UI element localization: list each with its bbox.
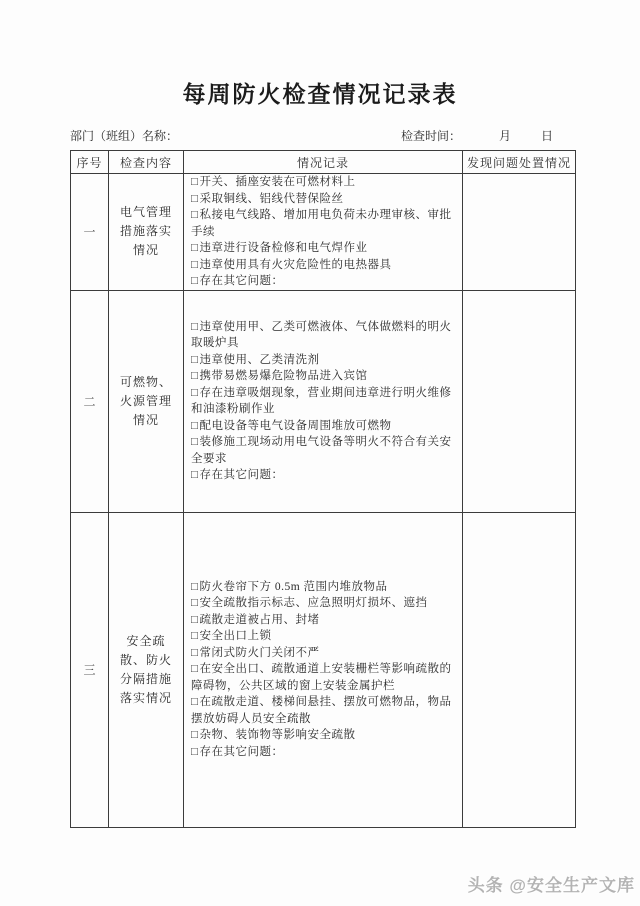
table-header: 序号检查内容情况记录发现问题处置情况 (71, 151, 576, 174)
table-row: 二可燃物、火源管理情况□违章使用甲、乙类可燃液体、气体做燃料的明火取暖炉具□违章… (71, 290, 576, 512)
category-cell: 安全疏散、防火分隔措施落实情况 (109, 512, 184, 827)
department-name-label: 部门（班组）名称： (70, 127, 178, 144)
form-meta-row: 部门（班组）名称： 检查时间： 月 日 (70, 127, 575, 144)
checklist-item: □违章使用具有火灾危险性的电热器具 (191, 257, 456, 274)
disposition-cell (463, 290, 576, 512)
checkbox-icon[interactable]: □ (191, 420, 198, 432)
checklist-item: □携带易燃易爆危险物品进入宾馆 (191, 368, 456, 385)
category-cell: 可燃物、火源管理情况 (109, 290, 184, 512)
checklist-item: □防火卷帘下方 0.5m 范围内堆放物品 (191, 579, 456, 596)
checklist-item: □在疏散走道、楼梯间悬挂、摆放可燃物品，物品摆放妨碍人员安全疏散 (191, 694, 456, 727)
inspection-time-label: 检查时间： (401, 127, 461, 144)
inspection-time-group: 检查时间： 月 日 (401, 127, 575, 144)
table-row: 一电气管理措施落实情况□开关、插座安装在可燃材料上□采取铜线、铝线代替保险丝□私… (71, 174, 576, 291)
checkbox-icon[interactable]: □ (191, 321, 198, 333)
checkbox-icon[interactable]: □ (191, 209, 198, 221)
disposition-cell (463, 174, 576, 291)
checklist-item-text: 采取铜线、铝线代替保险丝 (199, 193, 343, 205)
checklist-item-text: 违章进行设备检修和电气焊作业 (199, 242, 367, 254)
checklist-item: □存在违章吸烟现象，营业期间违章进行明火维修和油漆粉刷作业 (191, 385, 456, 418)
checklist-item-text: 违章使用甲、乙类可燃液体、气体做燃料的明火取暖炉具 (191, 321, 451, 350)
checklist-item-text: 常闭式防火门关闭不严 (199, 647, 319, 659)
column-header-3: 发现问题处置情况 (463, 151, 576, 174)
checkbox-icon[interactable]: □ (191, 259, 198, 271)
checklist-item-text: 携带易燃易爆危险物品进入宾馆 (199, 370, 367, 382)
column-header-1: 检查内容 (109, 151, 184, 174)
checklist-item-text: 在安全出口、疏散通道上安装栅栏等影响疏散的障碍物，公共区域的窗上安装金属护栏 (191, 663, 451, 692)
checklist-item: □开关、插座安装在可燃材料上 (191, 174, 456, 191)
checklist-item-text: 违章使用、乙类清洗剂 (199, 354, 319, 366)
checklist-item: □违章使用甲、乙类可燃液体、气体做燃料的明火取暖炉具 (191, 319, 456, 352)
checkbox-icon[interactable]: □ (191, 630, 198, 642)
checkbox-icon[interactable]: □ (191, 242, 198, 254)
checkbox-icon[interactable]: □ (191, 275, 198, 287)
record-cell: □违章使用甲、乙类可燃液体、气体做燃料的明火取暖炉具□违章使用、乙类清洗剂□携带… (184, 290, 463, 512)
checklist-item-text: 存在其它问题： (199, 746, 283, 758)
table-row: 三安全疏散、防火分隔措施落实情况□防火卷帘下方 0.5m 范围内堆放物品□安全疏… (71, 512, 576, 827)
checklist-item: □存在其它问题： (191, 467, 456, 484)
checklist-item-text: 违章使用具有火灾危险性的电热器具 (199, 259, 391, 271)
checklist-item: □安全出口上锁 (191, 628, 456, 645)
checkbox-icon[interactable]: □ (191, 387, 198, 399)
record-cell: □开关、插座安装在可燃材料上□采取铜线、铝线代替保险丝□私接电气线路、增加用电负… (184, 174, 463, 291)
checklist-item: □采取铜线、铝线代替保险丝 (191, 191, 456, 208)
column-header-2: 情况记录 (184, 151, 463, 174)
disposition-cell (463, 512, 576, 827)
checklist-item: □常闭式防火门关闭不严 (191, 645, 456, 662)
checklist-item-text: 装修施工现场动用电气设备等明火不符合有关安全要求 (191, 436, 451, 465)
checklist-item: □疏散走道被占用、封堵 (191, 612, 456, 629)
day-label: 日 (541, 127, 553, 144)
checklist-item-text: 存在其它问题： (199, 469, 283, 481)
page-title: 每周防火检查情况记录表 (0, 76, 640, 109)
checkbox-icon[interactable]: □ (191, 647, 198, 659)
checklist-item-text: 存在其它问题： (199, 275, 283, 287)
checklist-item: □在安全出口、疏散通道上安装栅栏等影响疏散的障碍物，公共区域的窗上安装金属护栏 (191, 661, 456, 694)
checklist-item-text: 安全疏散指示标志、应急照明灯损坏、遮挡 (199, 597, 427, 609)
checkbox-icon[interactable]: □ (191, 746, 198, 758)
checkbox-icon[interactable]: □ (191, 354, 198, 366)
checklist-item-text: 开关、插座安装在可燃材料上 (199, 176, 355, 188)
checkbox-icon[interactable]: □ (191, 597, 198, 609)
checklist-item-text: 安全出口上锁 (199, 630, 271, 642)
checklist-item-text: 在疏散走道、楼梯间悬挂、摆放可燃物品，物品摆放妨碍人员安全疏散 (191, 696, 451, 725)
watermark-text: 头条 @安全生产文库 (468, 871, 635, 896)
checkbox-icon[interactable]: □ (191, 193, 198, 205)
inspection-table: 序号检查内容情况记录发现问题处置情况 一电气管理措施落实情况□开关、插座安装在可… (70, 150, 576, 828)
checklist-item-text: 杂物、装饰物等影响安全疏散 (199, 729, 355, 741)
checklist-item: □杂物、装饰物等影响安全疏散 (191, 727, 456, 744)
row-index: 三 (71, 512, 109, 827)
checkbox-icon[interactable]: □ (191, 436, 198, 448)
row-index: 二 (71, 290, 109, 512)
checkbox-icon[interactable]: □ (191, 696, 198, 708)
checklist-item: □存在其它问题： (191, 744, 456, 761)
table-body: 一电气管理措施落实情况□开关、插座安装在可燃材料上□采取铜线、铝线代替保险丝□私… (71, 174, 576, 828)
document-page: 每周防火检查情况记录表 部门（班组）名称： 检查时间： 月 日 序号检查内容情况… (0, 0, 640, 906)
checkbox-icon[interactable]: □ (191, 469, 198, 481)
checkbox-icon[interactable]: □ (191, 729, 198, 741)
checklist-item: □安全疏散指示标志、应急照明灯损坏、遮挡 (191, 595, 456, 612)
checkbox-icon[interactable]: □ (191, 663, 198, 675)
record-cell: □防火卷帘下方 0.5m 范围内堆放物品□安全疏散指示标志、应急照明灯损坏、遮挡… (184, 512, 463, 827)
row-index: 一 (71, 174, 109, 291)
checkbox-icon[interactable]: □ (191, 581, 198, 593)
checkbox-icon[interactable]: □ (191, 176, 198, 188)
checklist-item-text: 防火卷帘下方 0.5m 范围内堆放物品 (199, 581, 387, 593)
checkbox-icon[interactable]: □ (191, 370, 198, 382)
checklist-item-text: 私接电气线路、增加用电负荷未办理审核、审批手续 (191, 209, 451, 238)
checklist-item: □装修施工现场动用电气设备等明火不符合有关安全要求 (191, 434, 456, 467)
category-cell: 电气管理措施落实情况 (109, 174, 184, 291)
checklist-item-text: 存在违章吸烟现象，营业期间违章进行明火维修和油漆粉刷作业 (191, 387, 451, 416)
column-header-0: 序号 (71, 151, 109, 174)
checklist-item: □存在其它问题： (191, 273, 456, 290)
checklist-item-text: 疏散走道被占用、封堵 (199, 614, 319, 626)
checklist-item: □违章使用、乙类清洗剂 (191, 352, 456, 369)
checkbox-icon[interactable]: □ (191, 614, 198, 626)
checklist-item-text: 配电设备等电气设备周围堆放可燃物 (199, 420, 391, 432)
checklist-item: □违章进行设备检修和电气焊作业 (191, 240, 456, 257)
table-header-row: 序号检查内容情况记录发现问题处置情况 (71, 151, 576, 174)
checklist-item: □配电设备等电气设备周围堆放可燃物 (191, 418, 456, 435)
checklist-item: □私接电气线路、增加用电负荷未办理审核、审批手续 (191, 207, 456, 240)
month-label: 月 (499, 127, 511, 144)
